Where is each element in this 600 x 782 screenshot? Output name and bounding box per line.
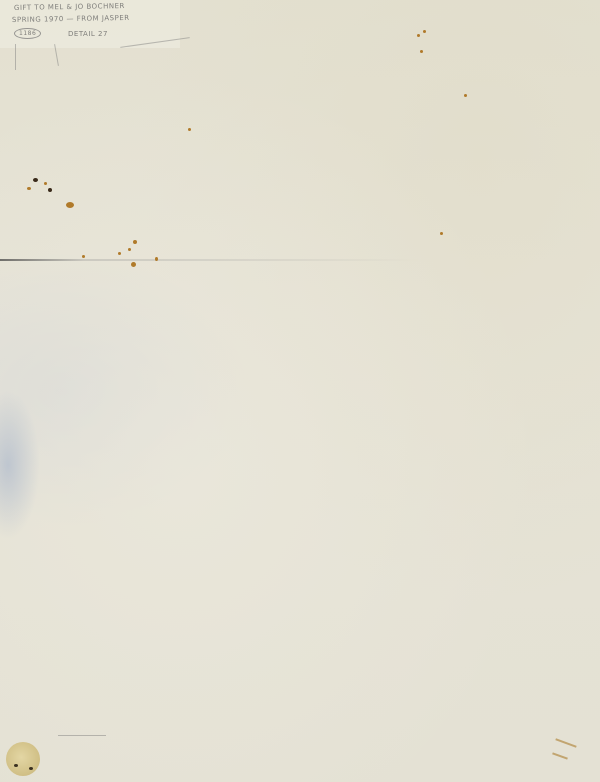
stain-spot	[133, 240, 137, 244]
paper-verso: GIFT TO MEL & JO BOCHNER SPRING 1970 — F…	[0, 0, 600, 782]
stain-spot	[48, 188, 52, 192]
pencil-stroke	[58, 735, 106, 736]
stain-spot	[417, 34, 420, 37]
stain-spot	[131, 262, 136, 267]
stain-spot	[188, 128, 191, 131]
tape-residue	[552, 752, 568, 759]
stain-spot	[33, 178, 38, 182]
stain-spot	[155, 257, 158, 261]
stain-spot	[66, 202, 74, 208]
stain-spot	[420, 50, 423, 53]
stain-spot	[464, 94, 467, 97]
stain-spot	[128, 248, 131, 251]
stain-spot	[27, 187, 31, 190]
seal-mark	[29, 767, 33, 770]
stain-spot	[423, 30, 426, 33]
stain-spot	[118, 252, 121, 255]
detail-note: DETAIL 27	[68, 30, 108, 38]
fold-crease	[0, 259, 420, 261]
seal-mark	[14, 764, 18, 767]
stain-spot	[44, 182, 47, 185]
pencil-stroke	[15, 44, 16, 70]
gold-seal-sticker	[6, 742, 40, 776]
stain-spot	[82, 255, 85, 258]
stain-spot	[440, 232, 443, 235]
blue-stain	[0, 390, 40, 540]
circled-inventory-number: 1186	[14, 28, 41, 39]
tape-residue	[555, 738, 576, 747]
